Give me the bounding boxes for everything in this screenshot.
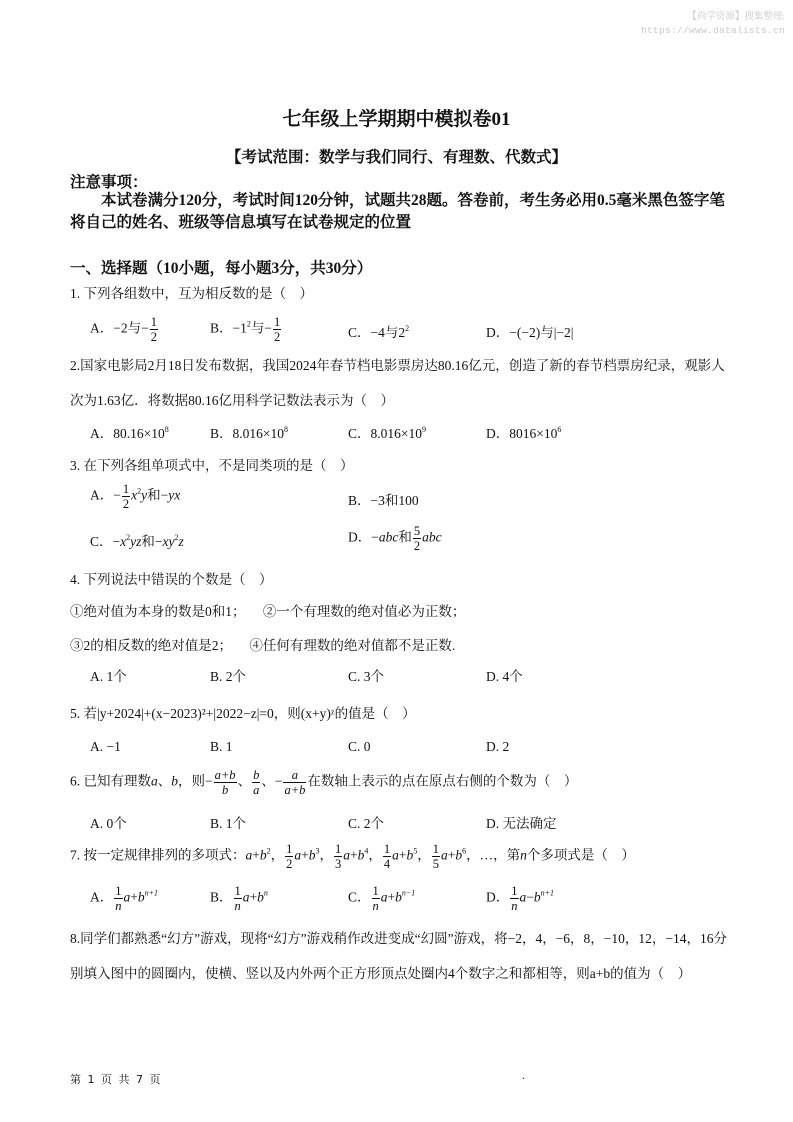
- option-d[interactable]: D．1na−bn+1: [486, 884, 554, 913]
- question-5: 5. 若|y+2024|+(x−2023)²+|2022−z|=0，则(x+y)…: [70, 702, 416, 722]
- option-d[interactable]: D. 无法确定: [486, 812, 557, 832]
- option-b[interactable]: B. 1: [210, 739, 233, 755]
- q-num: 2.: [70, 358, 80, 373]
- question-4: 4. 下列说法中错误的个数是（ ）: [70, 568, 273, 588]
- q-stem: 同学们都熟悉“幻方”游戏，现将“幻方”游戏稍作改进变成“幻圆”游戏，将−2，4，…: [70, 931, 727, 981]
- option-d[interactable]: D．−abc和52abc: [348, 524, 442, 553]
- question-1: 1. 下列各组数中，互为相反数的是（ ）: [70, 282, 313, 302]
- question-2: 2.国家电影局2月18日发布数据，我国2024年春节档电影票房达80.16亿元，…: [70, 348, 730, 418]
- page-title: 七年级上学期期中模拟卷01: [0, 104, 793, 131]
- question-6: 6. 已知有理数a、b，则−a+bb、ba、−aa+b在数轴上表示的点在原点右侧…: [70, 768, 577, 797]
- option-a[interactable]: A. 1个: [90, 665, 127, 685]
- option-a[interactable]: A．−2与−12: [90, 315, 159, 344]
- section-heading: 一、选择题（10小题，每小题3分，共30分）: [70, 256, 372, 278]
- q-num: 3.: [70, 458, 80, 473]
- q-num: 8.: [70, 931, 80, 946]
- footer-dot: .: [522, 1068, 525, 1083]
- statement-3: ③2的相反数的绝对值是2；: [70, 638, 232, 653]
- option-a[interactable]: A. 0个: [90, 812, 127, 832]
- question-8: 8.同学们都熟悉“幻方”游戏，现将“幻方”游戏稍作改进变成“幻圆”游戏，将−2，…: [70, 921, 730, 991]
- option-b[interactable]: B．1na+bn: [210, 884, 268, 913]
- statement-2: ②一个有理数的绝对值必为正数；: [263, 604, 466, 619]
- watermark-url: https://www.datalists.cn: [641, 24, 785, 38]
- option-b[interactable]: B. 2个: [210, 665, 246, 685]
- q-num: 7.: [70, 848, 80, 863]
- option-c[interactable]: C. 3个: [348, 665, 384, 685]
- question-3: 3. 在下列各组单项式中，不是同类项的是（ ）: [70, 454, 354, 474]
- option-b[interactable]: B. 1个: [210, 812, 246, 832]
- notice-heading: 注意事项：: [70, 170, 148, 192]
- watermark-line1: 【尚学资源】搜集整理:: [641, 10, 785, 24]
- option-d[interactable]: D．−(−2)与|−2|: [486, 321, 574, 341]
- notice-body: 本试卷满分120分，考试时间120分钟，试题共28题。答卷前，考生务必用0.5毫…: [70, 190, 730, 234]
- q-stem: 在下列各组单项式中，不是同类项的是（ ）: [84, 458, 354, 473]
- page-footer: 第 1 页 共 7 页: [70, 1071, 160, 1087]
- q-stem: 下列说法中错误的个数是（ ）: [84, 572, 273, 587]
- option-a[interactable]: A. −1: [90, 739, 121, 755]
- option-d[interactable]: D. 2: [486, 739, 509, 755]
- q-num: 1.: [70, 286, 80, 301]
- option-c[interactable]: C．8.016×109: [348, 422, 426, 442]
- option-c[interactable]: C. 2个: [348, 812, 384, 832]
- watermark: 【尚学资源】搜集整理: https://www.datalists.cn: [641, 10, 785, 38]
- option-a[interactable]: A．80.16×108: [90, 422, 169, 442]
- statements-row-1: ①绝对值为本身的数是0和1； ②一个有理数的绝对值必为正数；: [70, 600, 465, 620]
- q-num: 4.: [70, 572, 80, 587]
- statement-4: ④任何有理数的绝对值都不是正数.: [249, 638, 455, 653]
- question-7: 7. 按一定规律排列的多项式：a+b2，12a+b3，13a+b4，14a+b5…: [70, 842, 635, 871]
- q-num: 6.: [70, 774, 80, 789]
- statements-row-2: ③2的相反数的绝对值是2； ④任何有理数的绝对值都不是正数.: [70, 634, 455, 654]
- exam-scope: 【考试范围：数学与我们同行、有理数、代数式】: [0, 145, 793, 167]
- option-b[interactable]: B．−3和100: [348, 489, 419, 509]
- option-c[interactable]: C．−4与22: [348, 321, 409, 341]
- option-c[interactable]: C．−x2yz和−xy2z: [90, 530, 184, 550]
- option-c[interactable]: C．1na+bn−1: [348, 884, 415, 913]
- option-a[interactable]: A．1na+bn+1: [90, 884, 158, 913]
- q-num: 5.: [70, 706, 80, 721]
- q-stem: 若|y+2024|+(x−2023)²+|2022−z|=0，则(x+y)ᶻ的值…: [84, 706, 416, 721]
- option-b[interactable]: B．−12与−12: [210, 315, 282, 344]
- option-a[interactable]: A．−12x2y和−yx: [90, 482, 180, 511]
- q-stem: 下列各组数中，互为相反数的是（ ）: [84, 286, 314, 301]
- q-stem: 国家电影局2月18日发布数据，我国2024年春节档电影票房达80.16亿元，创造…: [70, 358, 725, 408]
- option-d[interactable]: D. 4个: [486, 665, 523, 685]
- option-b[interactable]: B．8.016×108: [210, 422, 288, 442]
- statement-1: ①绝对值为本身的数是0和1；: [70, 604, 246, 619]
- option-d[interactable]: D．8016×106: [486, 422, 561, 442]
- option-c[interactable]: C. 0: [348, 739, 371, 755]
